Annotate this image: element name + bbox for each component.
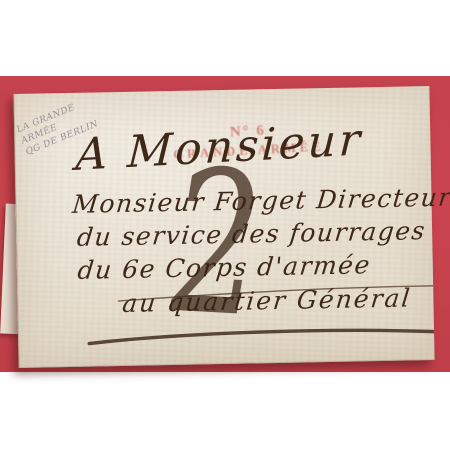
folded-letter-front: LA GRANDE ARMÉE QG DE BERLIN N° 6 GRANDE… bbox=[13, 86, 434, 368]
address-line-recipient: Monsieur Forget Directeur bbox=[71, 183, 450, 219]
address-line-service: du service des fourrages bbox=[76, 216, 428, 252]
address-salutation: A Monsieur bbox=[74, 114, 364, 181]
address-line-quartier: au quartier Général bbox=[121, 283, 413, 318]
red-photo-backdrop: LA GRANDE ARMÉE QG DE BERLIN N° 6 GRANDE… bbox=[0, 76, 450, 372]
numeral-base-stroke bbox=[89, 328, 435, 343]
address-line-corps: du 6e Corps d'armée bbox=[76, 250, 372, 285]
